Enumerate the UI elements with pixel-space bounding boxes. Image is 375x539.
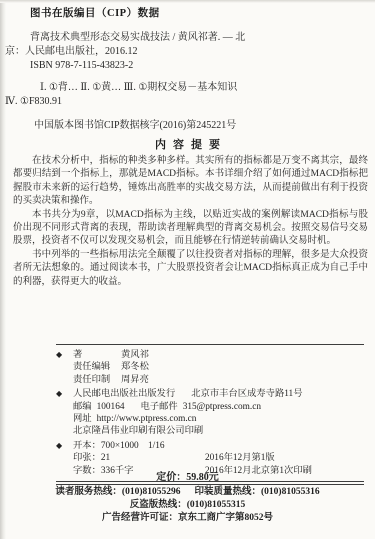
postcode-label: 邮编 (73, 401, 92, 413)
summary-paragraph-2: 本书共分为9章，以MACD指标为主线，以贴近实战的案例解读MACD指标与股价出现… (13, 209, 368, 249)
price-line: 定价：59.80元 (0, 471, 375, 484)
format-row: ◆ 开本：700×1000 1/16 (56, 440, 364, 452)
publisher-city-line: 京：人民邮电出版社，2016.12 (5, 45, 367, 59)
sheets-edition-row: 印张：21 2016年12月第1版 (56, 452, 364, 464)
page-footer: 定价：59.80元 读者服务热线：(010)81055296印装质量热线：(01… (0, 471, 375, 525)
cip-block: 图书在版编目（CIP）数据 背离技术典型形态交易实战技法 / 黄风祁著. — 北… (30, 7, 367, 133)
diamond-bullet-icon: ◆ (56, 349, 73, 361)
credit-row-author: ◆ 著 黄风祁 (56, 349, 364, 361)
print-supervisor-name: 周昇亮 (121, 374, 364, 386)
ad-license-row: 广告经营许可证：京东工商广字第8052号 (0, 512, 375, 525)
publisher-name: 人民邮电出版社出版发行 (73, 388, 175, 400)
edition-info: 2016年12月第1版 (205, 452, 364, 464)
author-name: 黄风祁 (121, 349, 364, 361)
ad-license: 广告经营许可证：京东工商广字第8052号 (102, 513, 273, 523)
website-value: http://www.ptpress.com.cn (97, 413, 197, 425)
credit-row-editor: 责任编辑 郑冬松 (56, 361, 364, 373)
page-edge-shadow-top (0, 0, 375, 3)
author-label: 著 (73, 349, 121, 361)
colophon-box: ◆ 著 黄风祁 责任编辑 郑冬松 责任印制 周昇亮 ◆ 人民邮电出版社出版发行 … (56, 344, 364, 485)
isbn-line: ISBN 978-7-115-43823-2 (30, 59, 367, 73)
hotline-row-2: 反盗版热线：(010)81055315 (0, 499, 375, 512)
book-title-line: 背离技术典型形态交易实战技法 / 黄风祁著. — 北 (30, 31, 367, 45)
cip-heading: 图书在版编目（CIP）数据 (30, 7, 367, 21)
print-supervisor-label: 责任印制 (73, 374, 121, 386)
printed-sheets: 印张：21 (73, 452, 205, 464)
email-value: 315@ptpress.com.cn (183, 401, 261, 413)
summary-body: 在技术分析中，指标的种类多种多样。其实所有的指标都是万变不离其宗，最终都要归结到… (13, 155, 368, 289)
printer-name: 北京隆昌伟业印刷有限公司印刷 (73, 425, 203, 437)
price-label: 定价： (156, 472, 186, 483)
publisher-row: ◆ 人民邮电出版社出版发行 北京市丰台区成寿寺路11号 (56, 388, 364, 400)
antipiracy-hotline: 反盗版热线：(010)81055315 (130, 500, 246, 510)
summary-paragraph-1: 在技术分析中，指标的种类多种多样。其实所有的指标都是万变不离其宗，最终都要归结到… (13, 155, 368, 209)
postcode-value: 100164 (97, 401, 125, 413)
cip-registry-number: 中国版本图书馆CIP数据核字(2016)第245221号 (34, 119, 367, 133)
classification-line-2: Ⅳ. ①F830.91 (5, 95, 367, 109)
printer-row: 北京隆昌伟业印刷有限公司印刷 (56, 425, 364, 437)
website-row: 网址 http://www.ptpress.com.cn (56, 413, 364, 425)
top-rule (56, 344, 364, 345)
postcode-email-row: 邮编 100164 电子邮件 315@ptpress.com.cn (56, 401, 364, 413)
price-value: 59.80元 (186, 472, 219, 483)
website-label: 网址 (73, 413, 92, 425)
publisher-address: 北京市丰台区成寿寺路11号 (191, 388, 302, 400)
classification-line-1: Ⅰ. ①背… Ⅱ. ①黄… Ⅲ. ①期权交易－基本知识 (40, 81, 367, 95)
reader-hotline: 读者服务热线：(010)81055296 (55, 487, 180, 497)
editor-name: 郑冬松 (121, 361, 364, 373)
page-edge-shadow-left (0, 0, 6, 539)
format-spec: 开本：700×1000 1/16 (73, 440, 364, 452)
credit-row-print-supervisor: 责任印制 周昇亮 (56, 374, 364, 386)
diamond-bullet-icon: ◆ (56, 440, 73, 452)
summary-paragraph-3: 书中列举的一些指标用法完全颠覆了以往投资者对指标的理解，很多是大众投资者所无法想… (13, 249, 368, 289)
quality-hotline: 印装质量热线：(010)81055316 (195, 487, 320, 497)
diamond-bullet-icon: ◆ (56, 388, 73, 400)
editor-label: 责任编辑 (73, 361, 121, 373)
email-label: 电子邮件 (141, 401, 178, 413)
hotline-row-1: 读者服务热线：(010)81055296印装质量热线：(010)81055316 (0, 486, 375, 499)
summary-heading: 内容提要 (0, 136, 375, 152)
